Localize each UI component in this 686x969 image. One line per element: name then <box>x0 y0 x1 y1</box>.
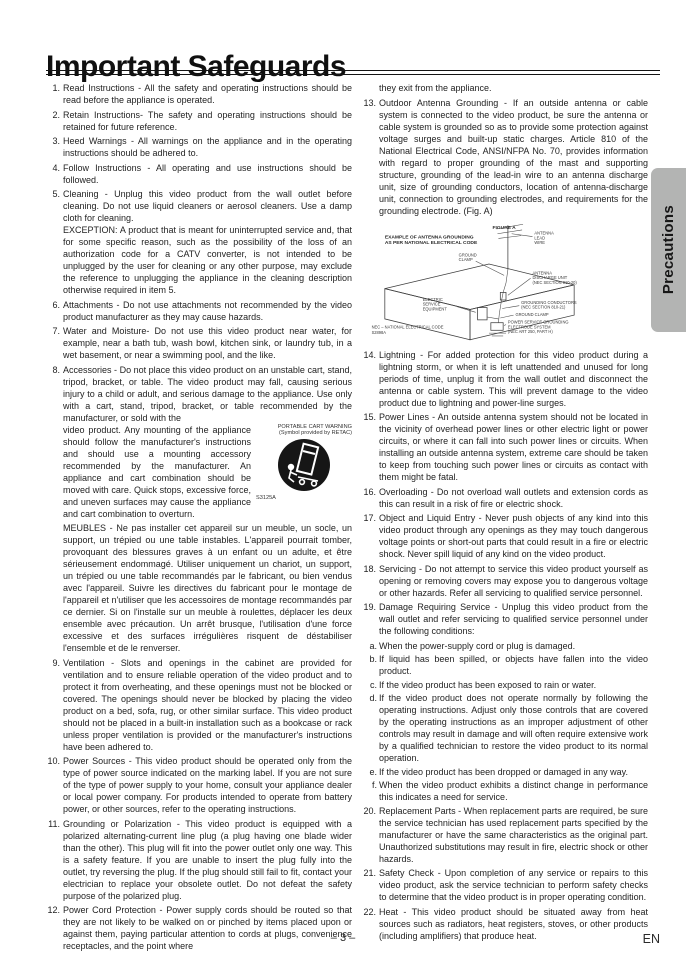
item-text-with-cart-warning: PORTABLE CART WARNING (Symbol provided b… <box>63 424 352 520</box>
item-text: Replacement Parts - When replacement par… <box>379 806 648 864</box>
safeguard-item-c: c.If the video product has been exposed … <box>362 679 648 691</box>
safeguard-item-1: 1.Read Instructions - All the safety and… <box>46 82 352 106</box>
figure-subtitle-line1: EXAMPLE OF ANTENNA GROUNDING <box>385 234 474 240</box>
item-number: e. <box>369 766 379 778</box>
safeguard-item-a: a.When the power-supply cord or plug is … <box>362 640 648 652</box>
item-number: 1. <box>46 82 63 94</box>
grounding-path-drawing <box>478 269 508 335</box>
item-number: a. <box>369 640 379 652</box>
item-number: 22. <box>362 906 379 918</box>
safeguard-item-5: 5.Cleaning - Unplug this video product f… <box>46 188 352 296</box>
figure-nec-note: NEC – NATIONAL ELECTRICAL CODE <box>372 324 444 329</box>
item-text: Heed Warnings - All warnings on the appl… <box>63 136 352 158</box>
paragraph-continuation: they exit from the appliance. <box>362 82 648 94</box>
item-text: When the video product exhibits a distin… <box>379 780 648 802</box>
portable-cart-warning: PORTABLE CART WARNING (Symbol provided b… <box>256 424 352 505</box>
item-number: 7. <box>46 325 63 337</box>
svg-text:(NEC SECTION 810-20): (NEC SECTION 810-20) <box>533 279 578 284</box>
title-double-rule <box>46 70 660 75</box>
item-number: f. <box>369 779 379 791</box>
item-text: Overloading - Do not overload wall outle… <box>379 487 648 509</box>
item-text: When the power-supply cord or plug is da… <box>379 641 575 651</box>
safeguard-item-17: 17.Object and Liquid Entry - Never push … <box>362 512 648 560</box>
paragraph-continuation: MEUBLES - Ne pas installer cet appareil … <box>46 522 352 654</box>
safeguard-item-8: 8.Accessories - Do not place this video … <box>46 364 352 520</box>
item-number: 12. <box>46 904 63 916</box>
item-text: Cleaning - Unplug this video product fro… <box>63 189 352 223</box>
item-number: 6. <box>46 299 63 311</box>
item-text: EXCEPTION: A product that is meant for u… <box>63 224 352 296</box>
safeguard-item-20: 20.Replacement Parts - When replacement … <box>362 805 648 865</box>
item-text: Power Lines - An outside antenna system … <box>379 412 648 482</box>
item-number: 19. <box>362 601 379 613</box>
label-ground-clamp-bottom: GROUND CLAMP <box>515 312 548 317</box>
left-column: 1.Read Instructions - All the safety and… <box>46 82 352 955</box>
item-text: If the video product does not operate no… <box>379 693 648 763</box>
safeguard-item-4: 4.Follow Instructions - All operating an… <box>46 162 352 186</box>
safeguard-item-f: f.When the video product exhibits a dist… <box>362 779 648 803</box>
item-number: 11. <box>46 818 63 830</box>
item-text: If the video product has been exposed to… <box>379 680 596 690</box>
precautions-tab-label: Precautions <box>660 205 677 294</box>
safeguard-item-15: 15.Power Lines - An outside antenna syst… <box>362 411 648 483</box>
item-text: Outdoor Antenna Grounding - If an outsid… <box>379 98 648 216</box>
item-text: Grounding or Polarization - This video p… <box>63 819 352 901</box>
safeguard-item-11: 11.Grounding or Polarization - This vide… <box>46 818 352 902</box>
item-number: 2. <box>46 109 63 121</box>
item-number: 4. <box>46 162 63 174</box>
item-text: Retain Instructions- The safety and oper… <box>63 110 352 132</box>
item-text: Read Instructions - All the safety and o… <box>63 83 352 105</box>
item-number: 15. <box>362 411 379 423</box>
svg-text:WIRE: WIRE <box>534 240 545 245</box>
svg-text:(NEC SECTION 810-21): (NEC SECTION 810-21) <box>521 304 566 309</box>
item-text: Water and Moisture- Do not use this vide… <box>63 326 352 360</box>
item-number: c. <box>369 679 379 691</box>
item-number: 20. <box>362 805 379 817</box>
item-number: 10. <box>46 755 63 767</box>
item-text: Accessories - Do not place this video pr… <box>63 365 352 423</box>
safeguard-item-21: 21.Safety Check - Upon completion of any… <box>362 867 648 903</box>
item-text: Follow Instructions - All operating and … <box>63 163 352 185</box>
item-text: Lightning - For added protection for thi… <box>379 350 648 408</box>
page-title: Important Safeguards <box>46 50 346 84</box>
item-number: 3. <box>46 135 63 147</box>
cart-warning-caption-line2: (Symbol provided by RETAC) <box>256 430 352 436</box>
safeguard-item-6: 6.Attachments - Do not use attachments n… <box>46 299 352 323</box>
safeguard-item-19: 19.Damage Requiring Service - Unplug thi… <box>362 601 648 637</box>
page-number: – 3 – <box>0 932 686 944</box>
item-text: Safety Check - Upon completion of any se… <box>379 868 648 902</box>
item-number: 18. <box>362 563 379 575</box>
cart-warning-icon <box>256 437 352 496</box>
svg-text:(NEC ART 250, PART H): (NEC ART 250, PART H) <box>508 329 553 334</box>
item-text: Ventilation - Slots and openings in the … <box>63 658 352 752</box>
svg-text:CLAMP: CLAMP <box>459 257 473 262</box>
item-text: If the video product has been dropped or… <box>379 767 628 777</box>
page-footer: – 3 – EN <box>0 932 686 952</box>
item-number: 21. <box>362 867 379 879</box>
item-text: If liquid has been spilled, or objects h… <box>379 654 648 676</box>
safeguard-item-d: d.If the video product does not operate … <box>362 692 648 764</box>
safeguard-item-14: 14.Lightning - For added protection for … <box>362 349 648 409</box>
item-text: they exit from the appliance. <box>379 83 492 93</box>
language-code: EN <box>643 932 660 946</box>
item-number: 8. <box>46 364 63 376</box>
item-number: 14. <box>362 349 379 361</box>
manual-page: Important Safeguards 1.Read Instructions… <box>0 0 686 969</box>
svg-text:EQUIPMENT: EQUIPMENT <box>423 306 448 311</box>
safeguard-item-3: 3.Heed Warnings - All warnings on the ap… <box>46 135 352 159</box>
safeguard-item-b: b.If liquid has been spilled, or objects… <box>362 653 648 677</box>
item-number: 13. <box>362 97 379 109</box>
safeguard-item-e: e.If the video product has been dropped … <box>362 766 648 778</box>
safeguard-item-16: 16.Overloading - Do not overload wall ou… <box>362 486 648 510</box>
safeguard-item-18: 18.Servicing - Do not attempt to service… <box>362 563 648 599</box>
item-text: Power Sources - This video product shoul… <box>63 756 352 814</box>
two-column-text: 1.Read Instructions - All the safety and… <box>46 82 648 955</box>
item-number: 9. <box>46 657 63 669</box>
item-number: 5. <box>46 188 63 200</box>
item-text: Servicing - Do not attempt to service th… <box>379 564 648 598</box>
precautions-side-tab: Precautions <box>651 168 686 332</box>
figure-a-antenna-grounding: FIGURE A EXAMPLE OF ANTENNA GROUNDING AS… <box>364 220 648 344</box>
right-column: they exit from the appliance.13.Outdoor … <box>362 82 648 955</box>
safeguard-item-13: 13.Outdoor Antenna Grounding - If an out… <box>362 97 648 217</box>
safeguard-item-10: 10.Power Sources - This video product sh… <box>46 755 352 815</box>
item-number: d. <box>369 692 379 704</box>
safeguard-item-2: 2.Retain Instructions- The safety and op… <box>46 109 352 133</box>
item-text: Attachments - Do not use attachments not… <box>63 300 352 322</box>
item-number: b. <box>369 653 379 665</box>
figure-code: S2898A <box>372 330 387 335</box>
safeguard-item-9: 9.Ventilation - Slots and openings in th… <box>46 657 352 753</box>
item-text: Object and Liquid Entry - Never push obj… <box>379 513 648 559</box>
safeguard-item-7: 7.Water and Moisture- Do not use this vi… <box>46 325 352 361</box>
item-text: MEUBLES - Ne pas installer cet appareil … <box>63 523 352 653</box>
antenna-mast-drawing <box>497 224 524 269</box>
item-text: Damage Requiring Service - Unplug this v… <box>379 602 648 636</box>
item-number: 17. <box>362 512 379 524</box>
item-number: 16. <box>362 486 379 498</box>
figure-subtitle-line2: AS PER NATIONAL ELECTRICAL CODE <box>385 240 478 246</box>
